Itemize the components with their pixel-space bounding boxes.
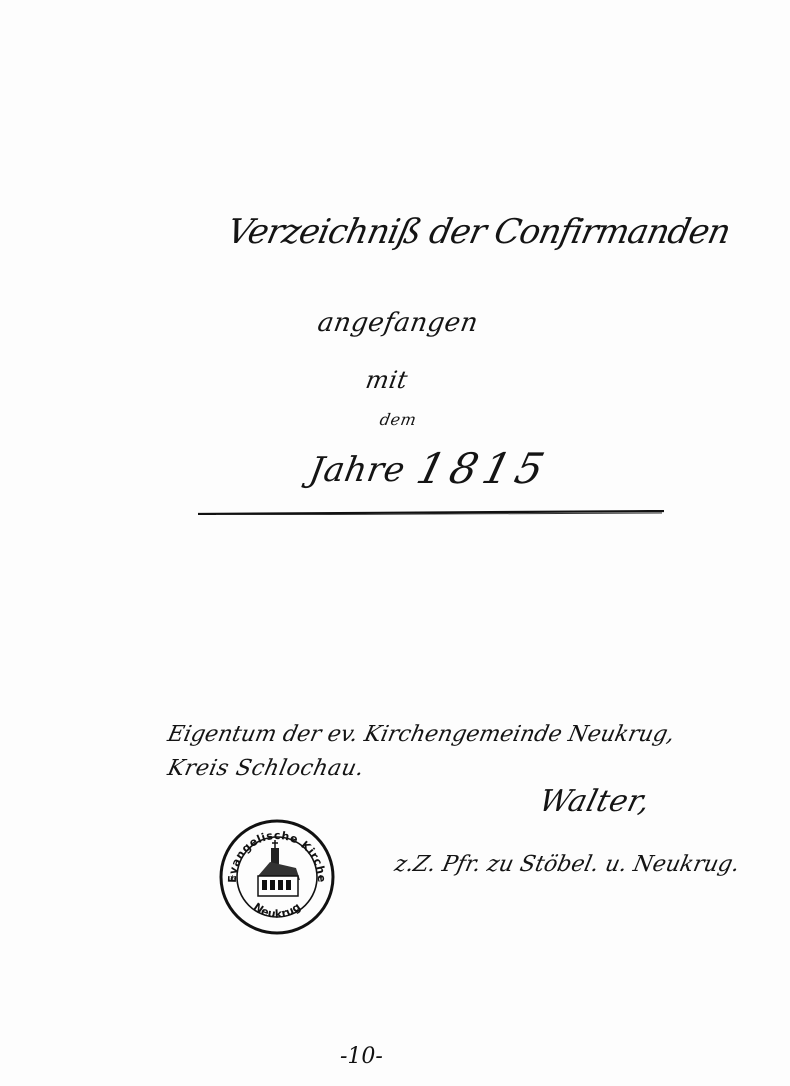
title-handwriting: Verzeichniß der Confirmanden	[224, 212, 734, 252]
stamp-bottom-text: Neukrug	[251, 900, 303, 920]
svg-text:Neukrug: Neukrug	[251, 900, 303, 920]
signature-name: Walter,	[536, 784, 654, 819]
ownership-note-line2: Kreis Schlochau.	[165, 756, 366, 781]
church-stamp: Evangelische Kirche Neukrug * *	[218, 818, 336, 936]
title-underline	[196, 510, 666, 515]
stamp-star-left: *	[230, 874, 235, 885]
subtitle-mit: mit	[364, 366, 411, 394]
word-jahre: Jahre	[306, 450, 408, 490]
document-page: Verzeichniß der Confirmanden angefangen …	[0, 0, 790, 1086]
year-1815: 1815	[412, 444, 555, 493]
subtitle-angefangen: angefangen	[315, 308, 480, 338]
stamp-star-right: *	[318, 874, 323, 885]
superscript-dem: dem	[378, 410, 418, 429]
church-icon	[258, 840, 300, 896]
page-number: -10-	[340, 1044, 383, 1069]
ownership-note-line1: Eigentum der ev. Kirchengemeinde Neukrug…	[165, 722, 676, 747]
signature-title: z.Z. Pfr. zu Stöbel. u. Neukrug.	[392, 852, 742, 877]
